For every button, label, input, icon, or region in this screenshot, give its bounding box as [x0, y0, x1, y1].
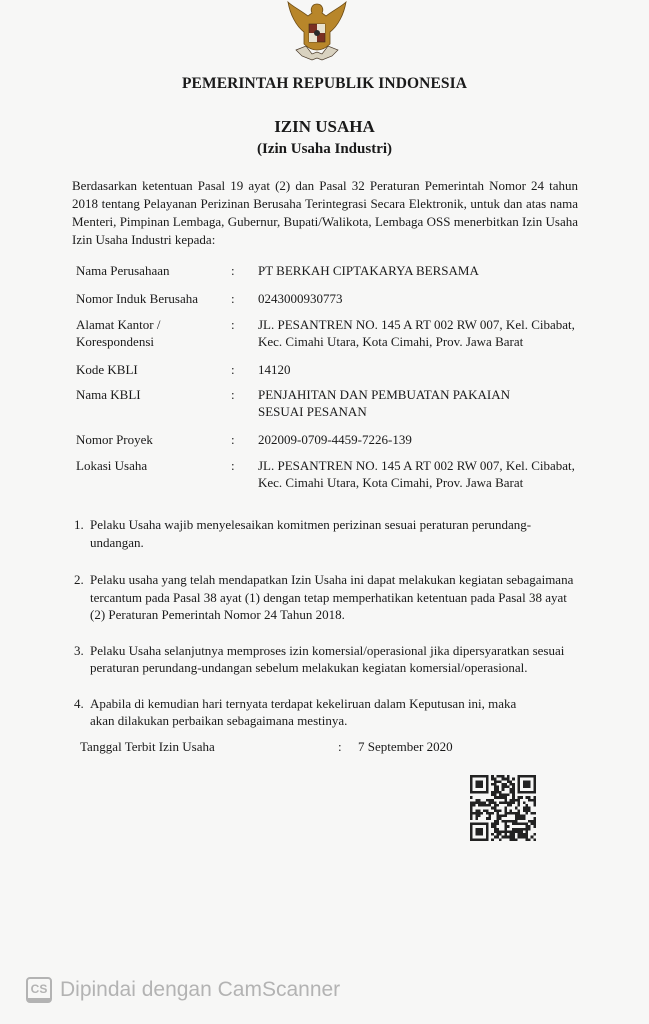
issue-date-value: 7 September 2020: [358, 739, 453, 755]
field-business-id: Nomor Induk Berusaha : 0243000930773: [76, 290, 586, 316]
camscanner-watermark: CS Dipindai dengan CamScanner: [26, 977, 340, 1003]
issue-date-label: Tanggal Terbit Izin Usaha: [80, 739, 215, 755]
qr-code-icon[interactable]: [470, 775, 536, 841]
provision-number: 3.: [74, 642, 84, 660]
field-colon: :: [231, 457, 235, 474]
license-document: PEMERINTAH REPUBLIK INDONESIA IZIN USAHA…: [0, 0, 649, 1024]
watermark-text: Dipindai dengan CamScanner: [60, 978, 340, 1002]
field-kbli-code: Kode KBLI : 14120: [76, 361, 586, 386]
field-value: 0243000930773: [258, 290, 586, 307]
field-value: 202009-0709-4459-7226-139: [258, 431, 586, 448]
government-title: PEMERINTAH REPUBLIK INDONESIA: [0, 75, 649, 93]
issue-date-colon: :: [338, 739, 342, 755]
field-label: Nama Perusahaan: [76, 262, 226, 279]
provision-item: 2. Pelaku usaha yang telah mendapatkan I…: [74, 571, 574, 624]
field-value: JL. PESANTREN NO. 145 A RT 002 RW 007, K…: [258, 316, 586, 350]
field-company-name: Nama Perusahaan : PT BERKAH CIPTAKARYA B…: [76, 262, 586, 290]
field-label: Nama KBLI: [76, 386, 226, 403]
field-colon: :: [231, 431, 235, 448]
provision-number: 1.: [74, 516, 84, 534]
document-subtitle: (Izin Usaha Industri): [0, 141, 649, 158]
provisions-list: 1. Pelaku Usaha wajib menyelesaikan komi…: [74, 516, 574, 730]
provision-item: 3. Pelaku Usaha selanjutnya memproses iz…: [74, 642, 574, 677]
field-colon: :: [231, 386, 235, 403]
field-colon: :: [231, 262, 235, 279]
provision-text: Apabila di kemudian hari ternyata terdap…: [90, 695, 540, 730]
document-title: IZIN USAHA: [0, 117, 649, 137]
field-label: Nomor Induk Berusaha: [76, 290, 226, 307]
field-label: Alamat Kantor / Korespondensi: [76, 316, 226, 350]
camscanner-logo-icon: CS: [26, 977, 52, 1003]
field-value: 14120: [258, 361, 586, 378]
license-details: Nama Perusahaan : PT BERKAH CIPTAKARYA B…: [76, 262, 586, 497]
provision-number: 2.: [74, 571, 84, 589]
field-project-number: Nomor Proyek : 202009-0709-4459-7226-139: [76, 431, 586, 457]
field-colon: :: [231, 290, 235, 307]
field-value: JL. PESANTREN NO. 145 A RT 002 RW 007, K…: [258, 457, 586, 491]
field-office-address: Alamat Kantor / Korespondensi : JL. PESA…: [76, 316, 586, 361]
field-business-location: Lokasi Usaha : JL. PESANTREN NO. 145 A R…: [76, 457, 586, 497]
provision-text: Pelaku Usaha selanjutnya memproses izin …: [90, 642, 574, 677]
field-kbli-name: Nama KBLI : PENJAHITAN DAN PEMBUATAN PAK…: [76, 386, 586, 431]
provision-item: 4. Apabila di kemudian hari ternyata ter…: [74, 695, 574, 730]
field-colon: :: [231, 361, 235, 378]
provision-text: Pelaku usaha yang telah mendapatkan Izin…: [90, 571, 574, 624]
provision-text: Pelaku Usaha wajib menyelesaikan komitme…: [90, 516, 540, 551]
intro-paragraph: Berdasarkan ketentuan Pasal 19 ayat (2) …: [72, 177, 578, 249]
provision-number: 4.: [74, 695, 84, 713]
garuda-emblem-icon: [282, 0, 352, 64]
provision-item: 1. Pelaku Usaha wajib menyelesaikan komi…: [74, 516, 574, 551]
field-colon: :: [231, 316, 235, 333]
field-value: PENJAHITAN DAN PEMBUATAN PAKAIAN SESUAI …: [258, 386, 558, 420]
field-label: Lokasi Usaha: [76, 457, 226, 474]
field-label: Kode KBLI: [76, 361, 226, 378]
field-value: PT BERKAH CIPTAKARYA BERSAMA: [258, 262, 586, 279]
field-label: Nomor Proyek: [76, 431, 226, 448]
